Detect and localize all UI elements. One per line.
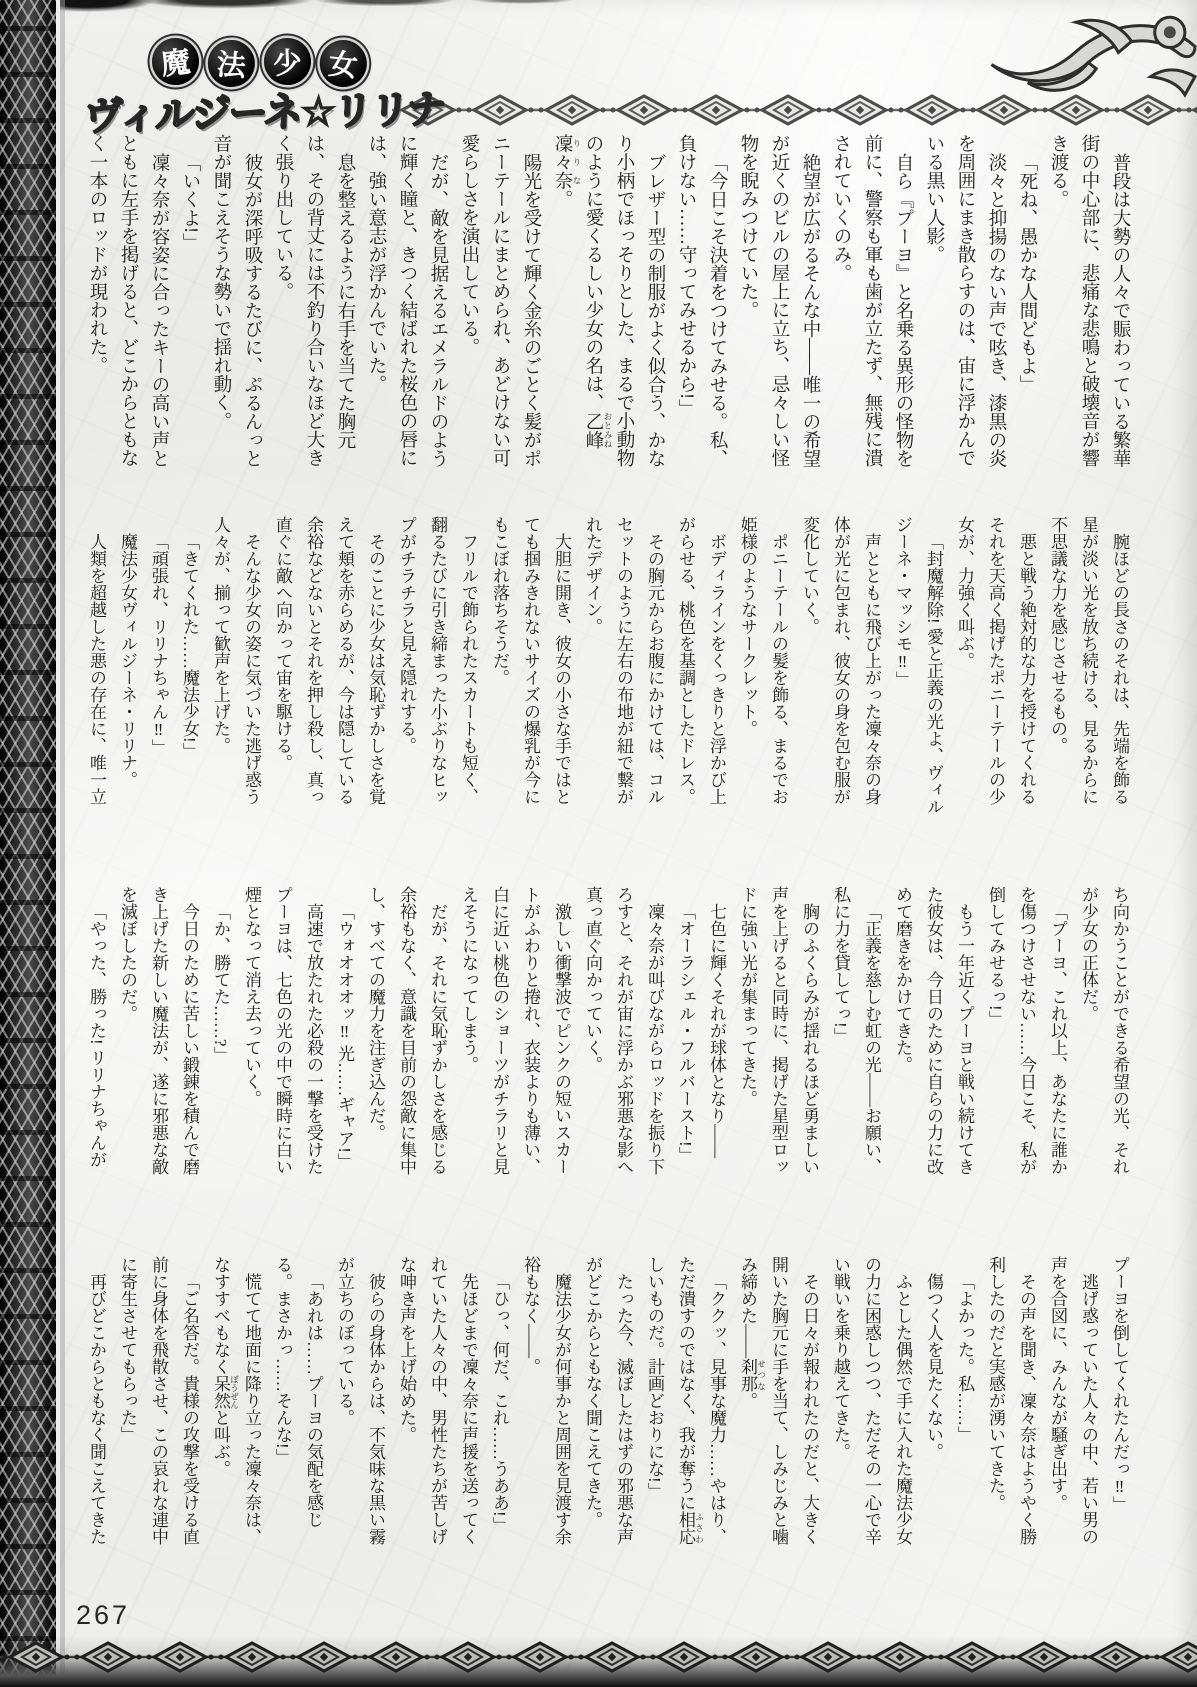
series-logo: 魔 法 少 女	[152, 38, 367, 85]
logo-main-title: ヴィルジーネ☆リリナ	[83, 78, 445, 142]
paragraph: 七色に輝くそれが球体となり——	[701, 886, 732, 1188]
paragraph: 「よかった。私……」	[949, 1256, 980, 1561]
paragraph: 逃げ惑っていた人々の中、若い男の声を合図に、みんなが騒ぎ出す。	[1042, 1256, 1104, 1561]
paragraph: もう一年近くプーヨと戦い続けてきた彼女は、今日のために自らの力に改めて磨きをかけ…	[887, 886, 980, 1188]
paragraph: 「オーラシェル・フルバースト!」	[670, 886, 701, 1188]
paragraph: 「死ね、愚かな人間どもよ」	[1011, 134, 1042, 468]
paragraph: 自ら『プーヨ』と名乗る異形の怪物を前に、警察も軍も歯が立たず、無残に潰されていく…	[825, 134, 918, 468]
page-number: 267	[76, 1600, 130, 1631]
text-block-2: 腕ほどの長さのそれは、先端を飾る星が淡い光を放ち続ける、見るからに不思議な力を感…	[75, 516, 1135, 821]
logo-circle-char: 法	[206, 38, 256, 88]
paragraph: 激しい衝撃波でピンクの短いスカートがふわりと捲れ、衣装よりも薄い、白に近い桃色の…	[453, 886, 577, 1188]
paragraph: 「ウォオオオッ‼ 光……ギャア!」	[329, 886, 360, 1188]
paragraph: ボディラインをくっきりと浮かび上がらせる、桃色を基調としたドレス。	[670, 516, 732, 821]
paragraph: ブレザー型の制服がよく似合う、かなり小柄でほっそりとした、まるで小動物のように愛…	[546, 134, 670, 468]
paragraph: 先ほどまで凜々奈に声援を送ってくれていた人々の中、男性たちが苦しげな呻き声を上げ…	[391, 1256, 484, 1561]
paragraph: 淡々と抑揚のない声で呟き、漆黒の炎を周囲にまき散らすのは、宙に浮かんでいる黒い人…	[918, 134, 1011, 468]
paragraph: だが、それに気恥ずかしさを感じる余裕もなく、意識を目前の怨敵に集中し、すべての魔…	[360, 886, 453, 1188]
paragraph: 「ひっ、何だ、これ……うああ!」	[484, 1256, 515, 1561]
paragraph: そんな少女の姿に気づいた逃げ惑う人々が、揃って歓声を上げた。	[205, 516, 267, 821]
text-block-3: ち向かうことができる希望の光、それが少女の正体だ。「プーヨ、これ以上、あなたに誰…	[75, 886, 1135, 1188]
paragraph: 息を整えるように右手を当てた胸元は、その背丈には不釣り合いなほど大きく張り出して…	[267, 134, 360, 468]
paragraph: 「いくよ!」	[174, 134, 205, 468]
corner-flourish-ornament	[925, 6, 1197, 102]
paragraph: フリルで飾られたスカートも短く、翻るたびに引き締まった小ぶりなヒップがチラチラと…	[391, 516, 484, 821]
logo-circle-char: 少	[263, 37, 312, 86]
paragraph: その胸元からお腹にかけては、コルセットのように左右の布地が紐で繋がれたデザイン。	[577, 516, 670, 821]
paragraph: 高速で放たれた必殺の一撃を受けたプーヨは、七色の光の中で瞬時に白い煙となって消え…	[236, 886, 329, 1188]
paragraph: だが、敵を見据えるエメラルドのように輝く瞳と、きつく結ばれた桜色の唇には、強い意…	[360, 134, 453, 468]
paragraph: そのことに少女は気恥ずかしさを覚えて頬を赤らめるが、今は隠している余裕などないと…	[267, 516, 391, 821]
paragraph: 「頑張れ、リリナちゃん‼」	[143, 516, 174, 821]
paragraph: 絶望が広がるそんな中——唯一の希望が近くのビルの屋上に立ち、忌々しい怪物を睨みつ…	[732, 134, 825, 468]
manga-novel-page: 魔 法 少 女 ヴィルジーネ☆リリナ 普段は	[0, 0, 1197, 1687]
paragraph: 人類を超越した悪の存在に、唯一立	[81, 516, 112, 821]
paragraph: 胸のふくらみが揺れるほど勇ましい声を上げると同時に、掲げた星型ロッドに強い光が集…	[732, 886, 825, 1188]
paragraph: たった今、滅ぼしたはずの邪悪な声がどこからともなく聞こえてきた。	[577, 1256, 639, 1561]
paragraph: ち向かうことができる希望の光、それが少女の正体だ。	[1073, 886, 1135, 1188]
paragraph: 「きてくれた……魔法少女!」	[174, 516, 205, 821]
paragraph: ふとした偶然で手に入れた魔法少女の力に困惑しつつ、ただその一心で辛い戦いを乗り越…	[825, 1256, 918, 1561]
paragraph: 凜々奈が容姿に合ったキーの高い声とともに左手を掲げると、どこからともなく一本のロ…	[81, 134, 174, 468]
paragraph: 傷つく人を見たくない。	[918, 1256, 949, 1561]
text-block-4: プーヨを倒してくれたんだっ‼」逃げ惑っていた人々の中、若い男の声を合図に、みんな…	[75, 1256, 1135, 1561]
paragraph: 「やった、勝った! リリナちゃんが	[81, 886, 112, 1188]
paragraph: 「プーヨ、これ以上、あなたに誰かを傷つけさせない……今日こそ、私が倒してみせるっ…	[980, 886, 1073, 1188]
paragraph: 「あれは……プーヨの気配を感じる。まさかっ……そんな!」	[267, 1256, 329, 1561]
paragraph: 「ククッ、見事な魔力……やはり、ただ潰すのではなく、我が奪うに相応ふさわしいもの…	[639, 1256, 732, 1561]
text-block-1: 普段は大勢の人々で賑わっている繁華街の中心部に、悲痛な悲鳴と破壊音が響き渡る。「…	[75, 134, 1135, 468]
paragraph: 陽光を受けて輝く金糸のごとく髪がポニーテールにまとめられ、あどけない可愛らしさを…	[453, 134, 546, 468]
paragraph: 「ご名答だ。貴様の攻撃を受ける直前に身体を飛散させ、この哀れな連中に寄生させても…	[112, 1256, 205, 1561]
left-border-ornament	[0, 0, 60, 1687]
paragraph: 「封魔解除! 愛と正義の光よ、ヴィルジーネ・マッシモ‼」	[887, 516, 949, 821]
paragraph: プーヨを倒してくれたんだっ‼」	[1104, 1256, 1135, 1561]
paragraph: 再びどこからともなく聞こえてきた	[81, 1256, 112, 1561]
page-edge-smudge	[56, 0, 586, 15]
paragraph: 悪と戦う絶対的な力を授けてくれるそれを天高く掲げたポニーテールの少女が、力強く叫…	[949, 516, 1042, 821]
paragraph: ポニーテールの髪を飾る、まるでお姫様のようなサークレット。	[732, 516, 794, 821]
paragraph: 慌てて地面に降り立った凜々奈は、なすすべもなく呆然ぼうぜんと叫ぶ。	[205, 1256, 267, 1561]
paragraph: 魔法少女ヴィルジーネ・リリナ。	[112, 516, 143, 821]
paragraph: 大胆に開き、彼女の小さな手ではとても掴みきれないサイズの爆乳が今にもこぼれ落ちそ…	[484, 516, 577, 821]
paragraph: 「か、勝てた……?」	[205, 886, 236, 1188]
paragraph: 魔法少女が何事かと周囲を見渡す余裕もなく——。	[515, 1256, 577, 1561]
paragraph: その声を聞き、凜々奈はようやく勝利したのだと実感が湧いてきた。	[980, 1256, 1042, 1561]
paragraph: 「正義を慈しむ虹の光——お願い、私に力を貸してっ!」	[825, 886, 887, 1188]
paragraph: 今日のために苦しい鍛錬を積んで磨き上げた新しい魔法が、遂に邪悪な敵を滅ぼしたのだ…	[112, 886, 205, 1188]
paragraph: 腕ほどの長さのそれは、先端を飾る星が淡い光を放ち続ける、見るからに不思議な力を感…	[1042, 516, 1135, 821]
bottom-chain-ornament	[0, 1635, 1197, 1687]
paragraph: 声とともに飛び上がった凜々奈の身体が光に包まれ、彼女の身を包む服が変化していく。	[794, 516, 887, 821]
logo-circle-char: 魔	[149, 35, 201, 87]
paragraph: 彼女が深呼吸するたびに、ぷるんっと音が聞こえそうな勢いで揺れ動く。	[205, 134, 267, 468]
paragraph: 普段は大勢の人々で賑わっている繁華街の中心部に、悲痛な悲鳴と破壊音が響き渡る。	[1042, 134, 1135, 468]
paragraph: その日々が報われたのだと、大きく開いた胸元に手を当て、しみじみと噛み締めた——刹…	[732, 1256, 825, 1561]
paragraph: 「今日こそ決着をつけてみせる。私、負けない……守ってみせるから!」	[670, 134, 732, 468]
paragraph: 彼らの身体からは、不気味な黒い霧が立ちのぼっている。	[329, 1256, 391, 1561]
paragraph: 凜々奈が叫びながらロッドを振り下ろすと、それが宙に浮かぶ邪悪な影へ真っ直ぐ向かっ…	[577, 886, 670, 1188]
